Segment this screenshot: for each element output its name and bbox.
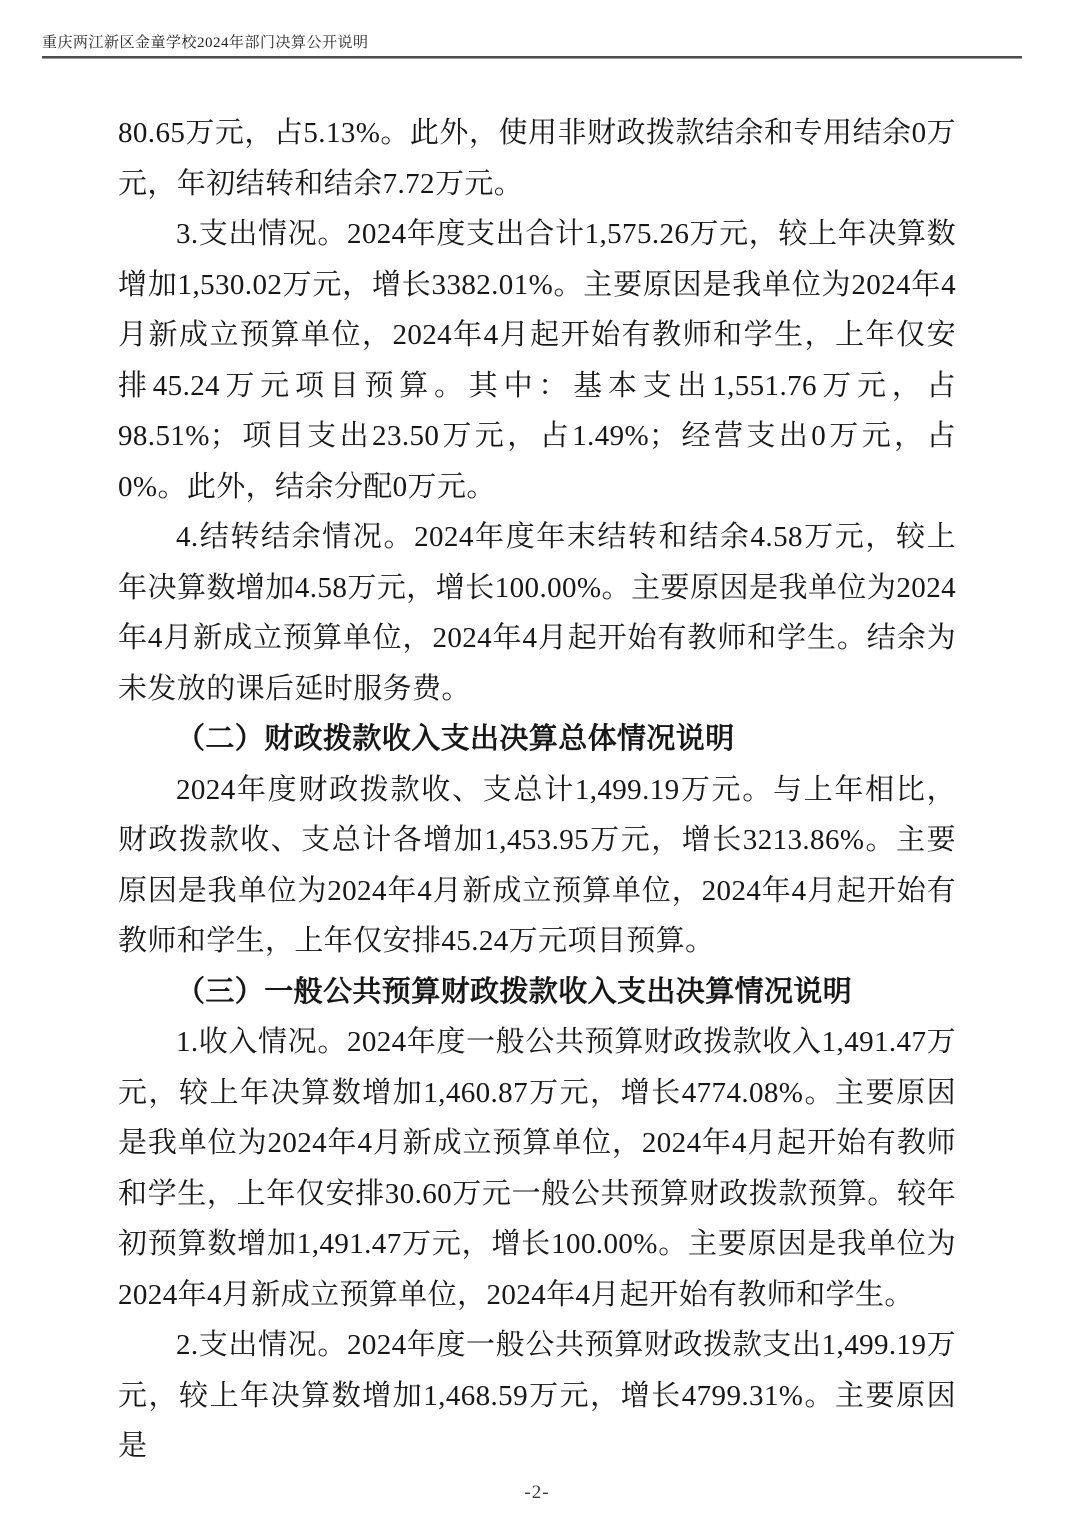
paragraph: 80.65万元，占5.13%。此外，使用非财政拨款结余和专用结余0万元，年初结转… <box>118 108 956 209</box>
header-rule <box>42 56 1022 59</box>
header-title: 重庆两江新区金童学校2024年部门决算公开说明 <box>42 34 1022 52</box>
paragraph: 4.结转结余情况。2024年度年末结转和结余4.58万元，较上年决算数增加4.5… <box>118 512 956 714</box>
document-body: 80.65万元，占5.13%。此外，使用非财政拨款结余和专用结余0万元，年初结转… <box>118 108 956 1472</box>
page-footer: -2- <box>0 1482 1074 1504</box>
paragraph: 1.收入情况。2024年度一般公共预算财政拨款收入1,491.47万元，较上年决… <box>118 1017 956 1320</box>
page-number: -2- <box>524 1482 549 1503</box>
page-header: 重庆两江新区金童学校2024年部门决算公开说明 <box>42 34 1022 59</box>
paragraph: 2024年度财政拨款收、支总计1,499.19万元。与上年相比，财政拨款收、支总… <box>118 765 956 967</box>
paragraph: 2.支出情况。2024年度一般公共预算财政拨款支出1,499.19万元，较上年决… <box>118 1320 956 1472</box>
section-heading: （三）一般公共预算财政拨款收入支出决算情况说明 <box>118 967 956 1018</box>
document-page: 重庆两江新区金童学校2024年部门决算公开说明 80.65万元，占5.13%。此… <box>0 0 1074 1520</box>
section-heading: （二）财政拨款收入支出决算总体情况说明 <box>118 714 956 765</box>
paragraph: 3.支出情况。2024年度支出合计1,575.26万元，较上年决算数增加1,53… <box>118 209 956 512</box>
